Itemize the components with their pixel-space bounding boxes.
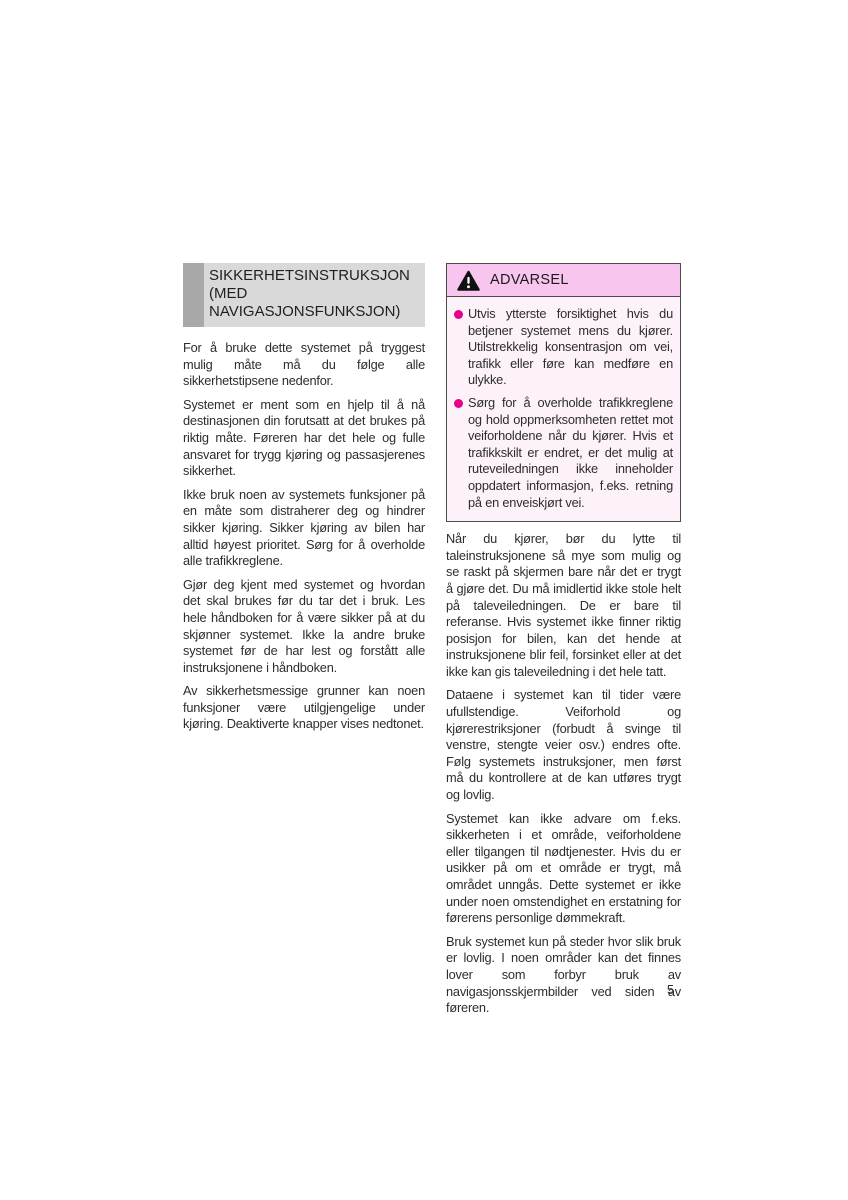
warning-title: ADVARSEL	[490, 272, 569, 288]
warning-header: ADVARSEL	[447, 264, 680, 297]
manual-page: { "page": { "number": "5", "language": "…	[0, 0, 848, 1200]
paragraph: Systemet er ment som en hjelp til å nå d…	[183, 397, 425, 480]
left-column: SIKKERHETSINSTRUKSJON (MED NAVIGASJONSFU…	[183, 263, 425, 1024]
paragraph: Når du kjører, bør du lytte til taleinst…	[446, 531, 681, 680]
section-heading: SIKKERHETSINSTRUKSJON (MED NAVIGASJONSFU…	[183, 263, 425, 327]
paragraph: Ikke bruk noen av systemets funksjoner p…	[183, 487, 425, 570]
paragraph: Dataene i systemet kan til tider være uf…	[446, 687, 681, 803]
warning-body: Utvis ytterste forsiktighet hvis du betj…	[447, 297, 680, 521]
paragraph: Bruk systemet kun på steder hvor slik br…	[446, 934, 681, 1017]
warning-triangle-icon	[457, 270, 480, 291]
heading-accent-bar	[183, 263, 204, 327]
warning-box: ADVARSEL Utvis ytterste forsiktighet hvi…	[446, 263, 681, 522]
page-content: SIKKERHETSINSTRUKSJON (MED NAVIGASJONSFU…	[183, 263, 681, 1024]
warning-item: Utvis ytterste forsiktighet hvis du betj…	[454, 306, 673, 389]
warning-item-text: Utvis ytterste forsiktighet hvis du betj…	[468, 306, 673, 389]
warning-item: Sørg for å overholde trafikkreglene og h…	[454, 395, 673, 511]
bullet-icon	[454, 399, 463, 408]
right-column: ADVARSEL Utvis ytterste forsiktighet hvi…	[446, 263, 681, 1024]
paragraph: Av sikkerhetsmessige grunner kan noen fu…	[183, 683, 425, 733]
section-heading-title: SIKKERHETSINSTRUKSJON (MED NAVIGASJONSFU…	[204, 263, 425, 327]
warning-list: Utvis ytterste forsiktighet hvis du betj…	[454, 306, 673, 511]
paragraph: For å bruke dette systemet på tryggest m…	[183, 340, 425, 390]
paragraph: Gjør deg kjent med systemet og hvordan d…	[183, 577, 425, 677]
warning-item-text: Sørg for å overholde trafikkreglene og h…	[468, 395, 673, 511]
bullet-icon	[454, 310, 463, 319]
page-number: 5	[648, 983, 674, 997]
paragraph: Systemet kan ikke advare om f.eks. sikke…	[446, 811, 681, 927]
